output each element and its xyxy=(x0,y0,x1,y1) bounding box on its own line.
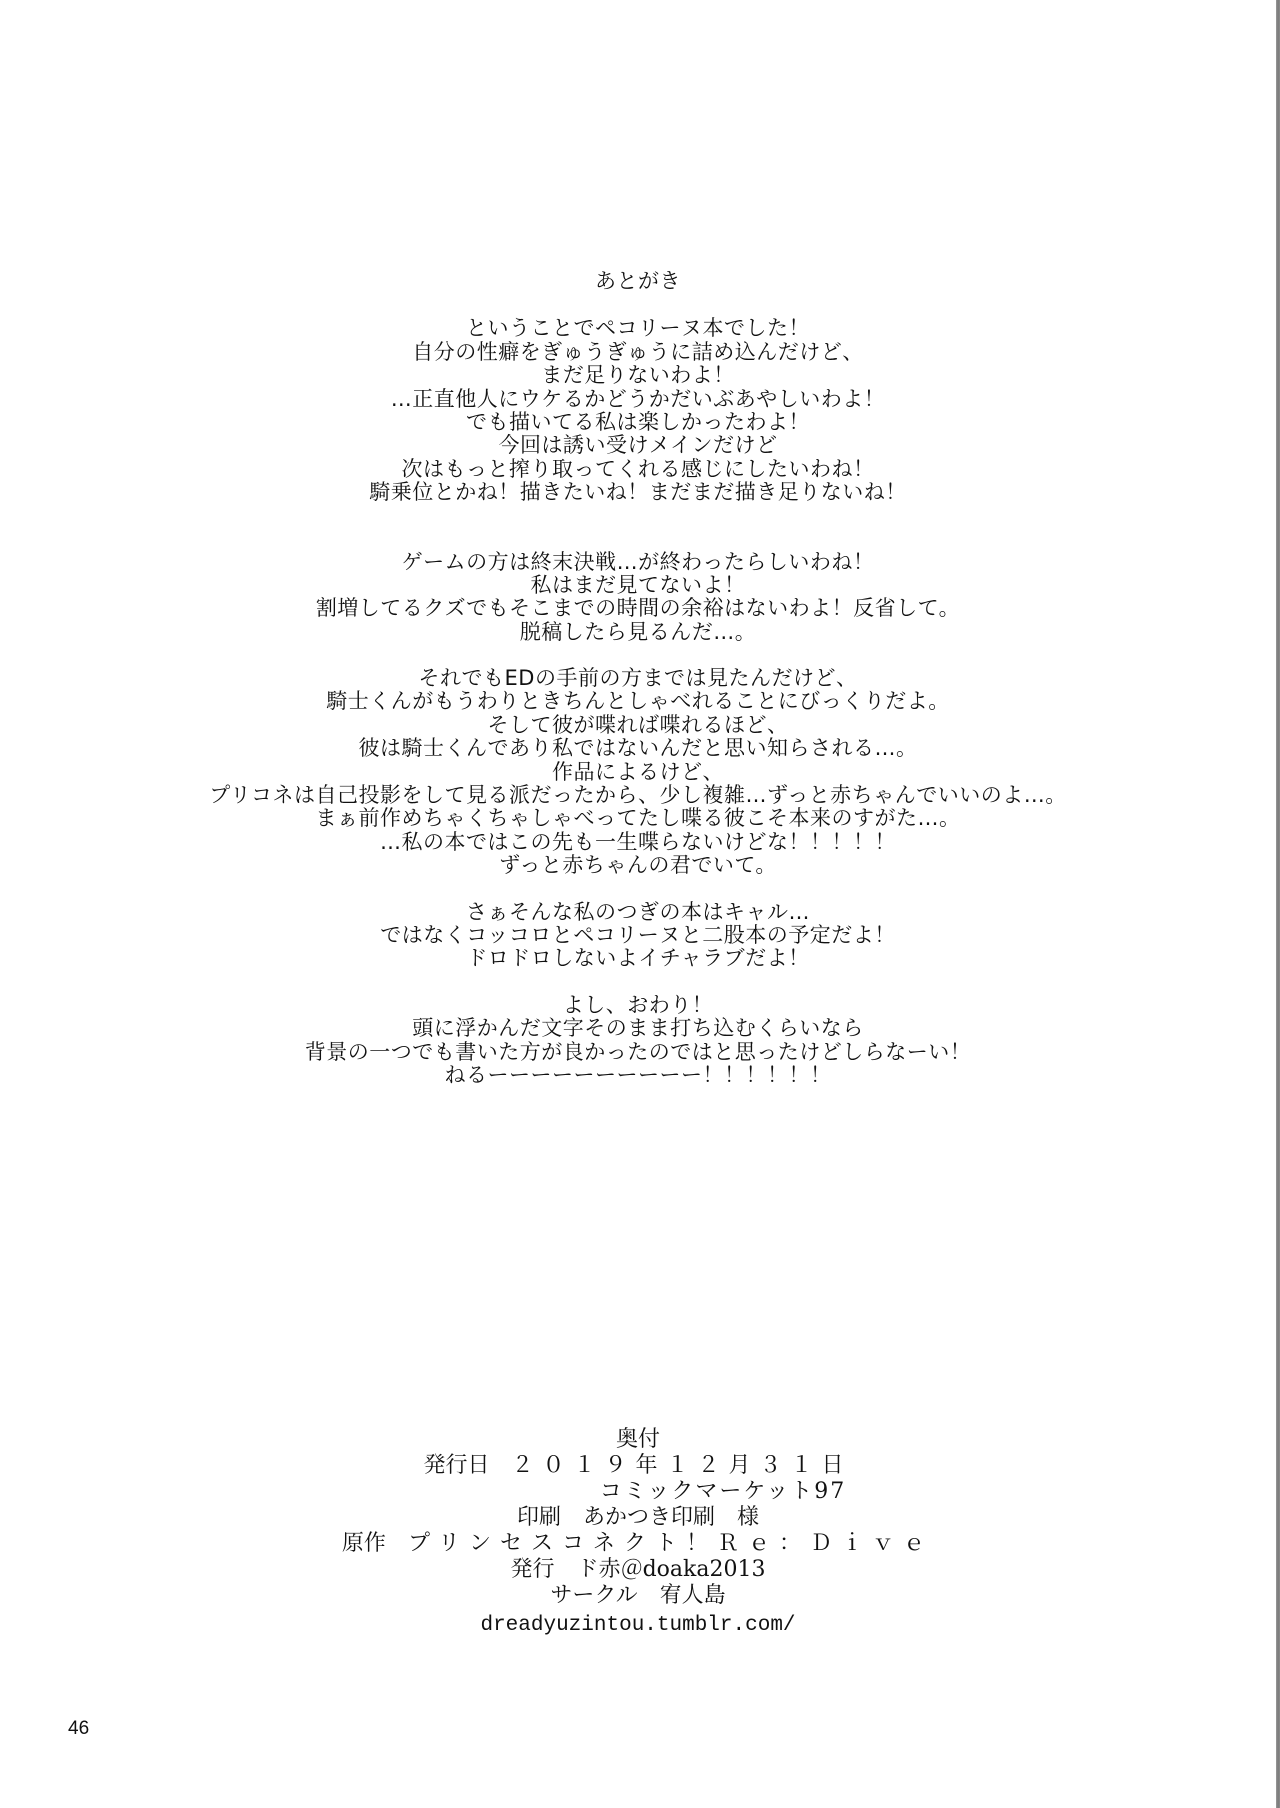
original-work-value: プリンセスコネクト！Ｒｅ：Ｄｉｖｅ xyxy=(408,1531,934,1556)
circle-value: 宥人島 xyxy=(660,1583,726,1608)
text-line: ねるーーーーーーーーーー！！！！！！ xyxy=(0,1064,1276,1087)
text-line: それでもEDの手前の方までは見たんだけど、 xyxy=(0,667,1276,690)
issue-date-row: 発行日２０１９年１２月３１日 xyxy=(0,1453,1276,1479)
text-line: よし、おわり！ xyxy=(0,994,1276,1017)
publisher-label: 発行 xyxy=(511,1557,555,1582)
text-line: 騎士くんがもうわりときちんとしゃべれることにびっくりだよ。 xyxy=(0,690,1276,713)
text-line: 彼は騎士くんであり私ではないんだと思い知らされる…。 xyxy=(0,737,1276,760)
afterword-paragraph-4: さぁそんな私のつぎの本はキャル… ではなくコッコロとペコリーヌと二股本の予定だよ… xyxy=(0,901,1276,971)
afterword-paragraph-5: よし、おわり！ 頭に浮かんだ文字そのまま打ち込むくらいなら 背景の一つでも書いた… xyxy=(0,994,1276,1088)
afterword-paragraph-2: ゲームの方は終末決戦…が終わったらしいわね！ 私はまだ見てないよ！ 割増してるク… xyxy=(0,551,1276,645)
text-line: 次はもっと搾り取ってくれる感じにしたいわね！ xyxy=(0,458,1276,481)
text-line: …正直他人にウケるかどうかだいぶあやしいわよ！ xyxy=(0,388,1276,411)
colophon-section: 奥付 発行日２０１９年１２月３１日 コミックマーケット97 印刷あかつき印刷 様… xyxy=(0,1427,1276,1639)
issue-date-value: ２０１９年１２月３１日 xyxy=(512,1453,853,1478)
text-line: ずっと赤ちゃんの君でいて。 xyxy=(0,854,1276,877)
website-url: dreadyuzintou.tumblr.com/ xyxy=(0,1613,1276,1639)
text-line: 脱稿したら見るんだ…。 xyxy=(0,621,1276,644)
printer-value: あかつき印刷 様 xyxy=(583,1505,759,1530)
text-line: ゲームの方は終末決戦…が終わったらしいわね！ xyxy=(0,551,1276,574)
afterword-title: あとがき xyxy=(0,270,1276,293)
issue-date-label: 発行日 xyxy=(423,1453,489,1478)
book-page: あとがき ということでペコリーヌ本でした！ 自分の性癖をぎゅうぎゅうに詰め込んだ… xyxy=(0,0,1276,1808)
text-line: ということでペコリーヌ本でした！ xyxy=(0,317,1276,340)
paragraph-spacer xyxy=(0,971,1276,994)
paragraph-spacer xyxy=(0,505,1276,551)
printer-label: 印刷 xyxy=(517,1505,561,1530)
text-line: …私の本ではこの先も一生喋らないけどな！！！！！ xyxy=(0,831,1276,854)
text-line: 自分の性癖をぎゅうぎゅうに詰め込んだけど、 xyxy=(0,341,1276,364)
circle-label: サークル xyxy=(550,1583,637,1608)
text-line: プリコネは自己投影をして見る派だったから、少し複雑…ずっと赤ちゃんでいいのよ…。 xyxy=(0,784,1276,807)
text-line: 騎乗位とかね！描きたいね！まだまだ描き足りないね！ xyxy=(0,481,1276,504)
text-line: 今回は誘い受けメインだけど xyxy=(0,434,1276,457)
afterword-paragraph-1: ということでペコリーヌ本でした！ 自分の性癖をぎゅうぎゅうに詰め込んだけど、 ま… xyxy=(0,317,1276,504)
text-line: ではなくコッコロとペコリーヌと二股本の予定だよ！ xyxy=(0,924,1276,947)
event-name: コミックマーケット97 xyxy=(0,1479,1276,1505)
text-line: 私はまだ見てないよ！ xyxy=(0,574,1276,597)
printer-row: 印刷あかつき印刷 様 xyxy=(0,1505,1276,1531)
paragraph-spacer xyxy=(0,878,1276,901)
original-work-label: 原作 xyxy=(342,1531,386,1556)
text-line: まだ足りないわよ！ xyxy=(0,364,1276,387)
colophon-title: 奥付 xyxy=(0,1427,1276,1453)
text-line: ドロドロしないよイチャラブだよ！ xyxy=(0,947,1276,970)
text-line: 割増してるクズでもそこまでの時間の余裕はないわよ！反省して。 xyxy=(0,597,1276,620)
page-number: 46 xyxy=(68,1718,89,1740)
afterword-paragraph-3: それでもEDの手前の方までは見たんだけど、 騎士くんがもうわりときちんとしゃべれ… xyxy=(0,667,1276,878)
text-line: さぁそんな私のつぎの本はキャル… xyxy=(0,901,1276,924)
afterword-section: あとがき ということでペコリーヌ本でした！ 自分の性癖をぎゅうぎゅうに詰め込んだ… xyxy=(0,270,1276,1087)
circle-row: サークル宥人島 xyxy=(0,1583,1276,1609)
text-line: そして彼が喋れば喋れるほど、 xyxy=(0,714,1276,737)
text-line: でも描いてる私は楽しかったわよ！ xyxy=(0,411,1276,434)
publisher-row: 発行ド赤＠doaka2013 xyxy=(0,1557,1276,1583)
original-work-row: 原作プリンセスコネクト！Ｒｅ：Ｄｉｖｅ xyxy=(0,1531,1276,1557)
text-line: 頭に浮かんだ文字そのまま打ち込むくらいなら xyxy=(0,1017,1276,1040)
text-line: 作品によるけど、 xyxy=(0,761,1276,784)
paragraph-spacer xyxy=(0,644,1276,667)
text-line: まぁ前作めちゃくちゃしゃべってたし喋る彼こそ本来のすがた…。 xyxy=(0,807,1276,830)
page-edge-strip xyxy=(1276,0,1280,1808)
text-line: 背景の一つでも書いた方が良かったのではと思ったけどしらなーい！ xyxy=(0,1041,1276,1064)
publisher-value: ド赤＠doaka2013 xyxy=(577,1557,766,1582)
